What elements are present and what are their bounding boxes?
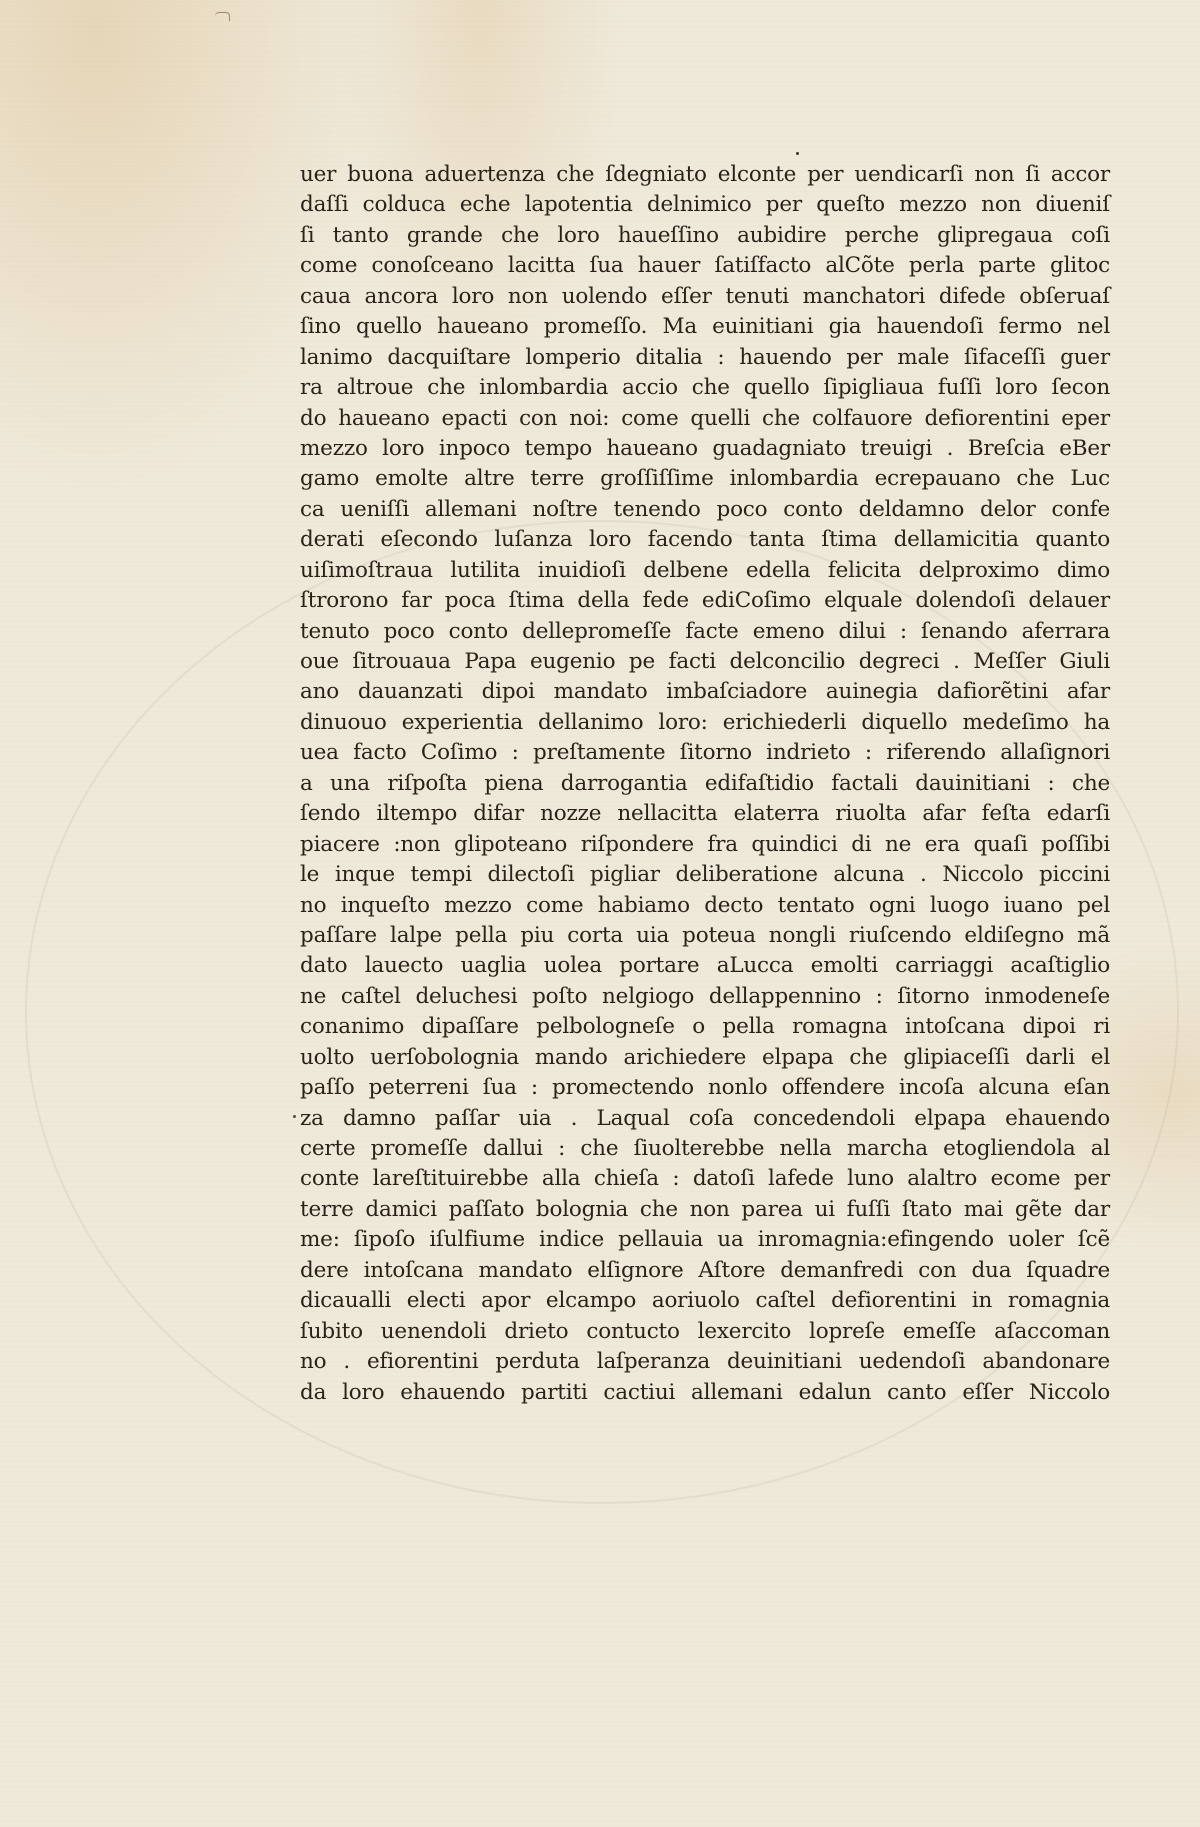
text-line: paſſare lalpe pella piu corta uia poteua… [300, 921, 1110, 951]
text-line: ſtrorono far poca ſtima della fede ediCo… [300, 586, 1110, 616]
text-line: derati eſecondo luſanza loro facendo tan… [300, 525, 1110, 555]
text-line: gamo emolte altre terre groſſiſſime inlo… [300, 464, 1110, 494]
text-line: uiſimoſtraua lutilita inuidioſi delbene … [300, 556, 1110, 586]
text-line: no . efiorentini perduta laſperanza deui… [300, 1347, 1110, 1377]
margin-ink-speck [293, 1115, 296, 1118]
text-line: caua ancora loro non uolendo eſſer tenut… [300, 282, 1110, 312]
text-line: come conoſceano lacitta ſua hauer ſatiſf… [300, 251, 1110, 281]
text-line: le inque tempi dilectoſi pigliar deliber… [300, 860, 1110, 890]
text-line: ſi tanto grande che loro haueſſino aubid… [300, 221, 1110, 251]
text-line: dere intoſcana mandato elſignore Aſtore … [300, 1256, 1110, 1286]
text-line: dinuouo experientia dellanimo loro: eric… [300, 708, 1110, 738]
text-line: no inqueſto mezzo come habiamo decto ten… [300, 891, 1110, 921]
printed-text-block: uer buona aduertenza che ſdegniato elcon… [300, 160, 1110, 1408]
text-line: ca ueniſſi allemani noſtre tenendo poco … [300, 495, 1110, 525]
text-line: me: ſipoſo iſulfiume indice pellauia ua … [300, 1225, 1110, 1255]
text-line: ano dauanzati dipoi mandato imbaſciadore… [300, 677, 1110, 707]
text-line: piacere :non glipoteano riſpondere fra q… [300, 830, 1110, 860]
text-line: lanimo dacquiſtare lomperio ditalia : ha… [300, 343, 1110, 373]
corner-ink-mark [215, 12, 230, 21]
text-line: dato lauecto uaglia uolea portare aLucca… [300, 951, 1110, 981]
text-line: do haueano epacti con noi: come quelli c… [300, 404, 1110, 434]
ink-speck [796, 152, 799, 155]
text-line: certe promeſſe dallui : che ſiuolterebbe… [300, 1134, 1110, 1164]
text-line: ſino quello haueano promeſſo. Ma euiniti… [300, 312, 1110, 342]
text-line: a una riſpoſta piena darrogantia edifaſt… [300, 769, 1110, 799]
text-line: ne caſtel deluchesi poſto nelgiogo della… [300, 982, 1110, 1012]
text-line: za damno paſſar uia . Laqual coſa conced… [300, 1104, 1110, 1134]
text-line: uer buona aduertenza che ſdegniato elcon… [300, 160, 1110, 190]
text-line: ſubito uenendoli drieto contucto lexerci… [300, 1317, 1110, 1347]
text-line: uolto uerſobolognia mando arichiedere el… [300, 1043, 1110, 1073]
text-line: conte lareſtituirebbe alla chieſa : dato… [300, 1164, 1110, 1194]
text-line: terre damici paſſato bolognia che non pa… [300, 1195, 1110, 1225]
text-line: paſſo peterreni ſua : promectendo nonlo … [300, 1073, 1110, 1103]
text-line: ſendo iltempo difar nozze nellacitta ela… [300, 799, 1110, 829]
text-line: dicaualli electi apor elcampo aoriuolo c… [300, 1286, 1110, 1316]
text-line: da loro ehauendo partiti cactiui alleman… [300, 1378, 1110, 1408]
text-line: mezzo loro inpoco tempo haueano guadagni… [300, 434, 1110, 464]
text-line: conanimo dipaſſare pelbologneſe o pella … [300, 1012, 1110, 1042]
text-line: uea facto Coſimo : preſtamente ſitorno i… [300, 738, 1110, 768]
document-page: uer buona aduertenza che ſdegniato elcon… [0, 0, 1200, 1827]
text-line: ra altroue che inlombardia accio che que… [300, 373, 1110, 403]
text-line: tenuto poco conto dellepromeſſe facte em… [300, 617, 1110, 647]
text-line: oue ſitrouaua Papa eugenio pe facti delc… [300, 647, 1110, 677]
text-line: daſſi colduca eche lapotentia delnimico … [300, 190, 1110, 220]
